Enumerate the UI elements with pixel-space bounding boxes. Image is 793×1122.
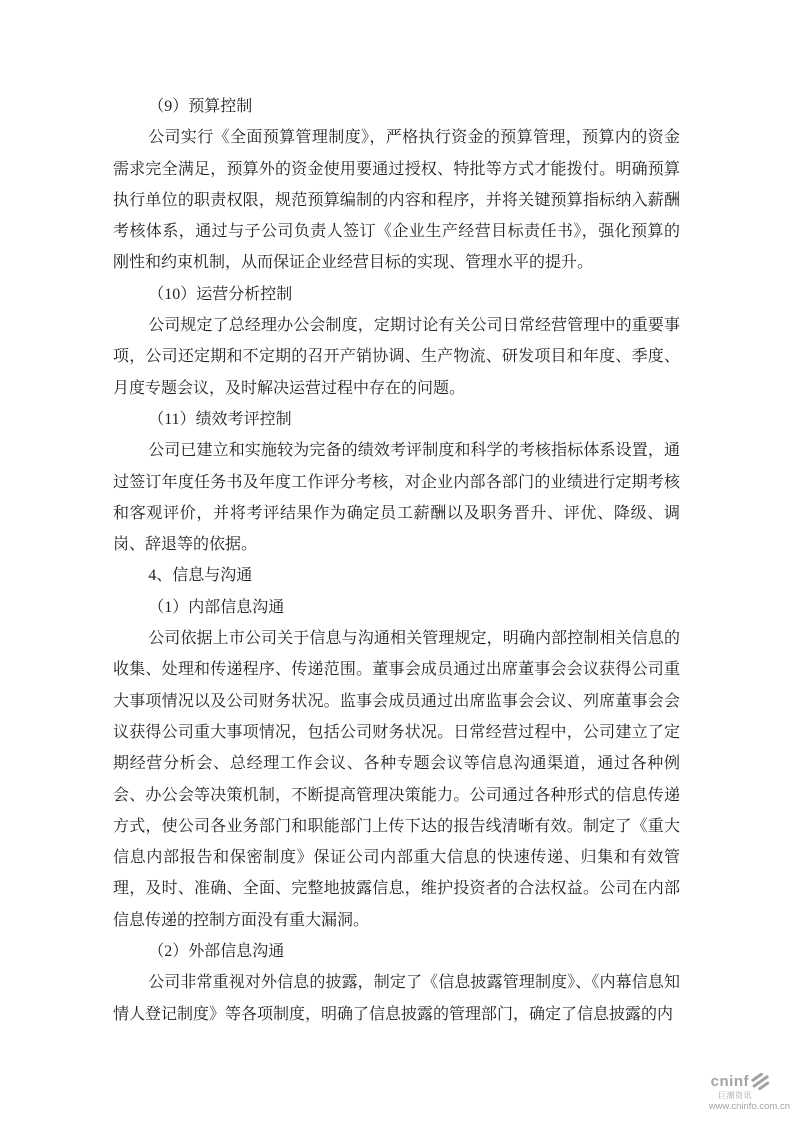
cninfo-logo-text: cninf [711, 1074, 749, 1089]
body-paragraph: 公司实行《全面预算管理制度》，严格执行资金的预算管理，预算内的资金需求完全满足，… [113, 122, 680, 278]
cninfo-watermark: cninf 巨潮资讯 www.cninfo.com.cn [680, 1073, 790, 1112]
body-paragraph: 公司依据上市公司关于信息与沟通相关管理规定，明确内部控制相关信息的收集、处理和传… [113, 623, 680, 936]
body-paragraph: 公司已建立和实施较为完备的绩效考评制度和科学的考核指标体系设置，通过签订年度任务… [113, 435, 680, 560]
section-heading: （1）内部信息沟通 [113, 592, 680, 623]
cninfo-subtitle: 巨潮资讯 [680, 1092, 790, 1100]
cninfo-swirl-icon [750, 1073, 772, 1091]
section-heading: （10）运营分析控制 [113, 279, 680, 310]
body-paragraph: 公司规定了总经理办公会制度，定期讨论有关公司日常经营管理中的重要事项，公司还定期… [113, 310, 680, 404]
body-paragraph: 公司非常重视对外信息的披露，制定了《信息披露管理制度》、《内幕信息知情人登记制度… [113, 967, 680, 1030]
section-heading: 4、信息与沟通 [113, 560, 680, 591]
section-heading: （2）外部信息沟通 [113, 936, 680, 967]
cninfo-logo: cninf [680, 1073, 790, 1091]
document-page: （9）预算控制 公司实行《全面预算管理制度》，严格执行资金的预算管理，预算内的资… [0, 0, 793, 1122]
section-heading: （11）绩效考评控制 [113, 404, 680, 435]
cninfo-url: www.cninfo.com.cn [680, 1102, 790, 1112]
document-body: （9）预算控制 公司实行《全面预算管理制度》，严格执行资金的预算管理，预算内的资… [113, 91, 680, 1030]
section-heading: （9）预算控制 [113, 91, 680, 122]
